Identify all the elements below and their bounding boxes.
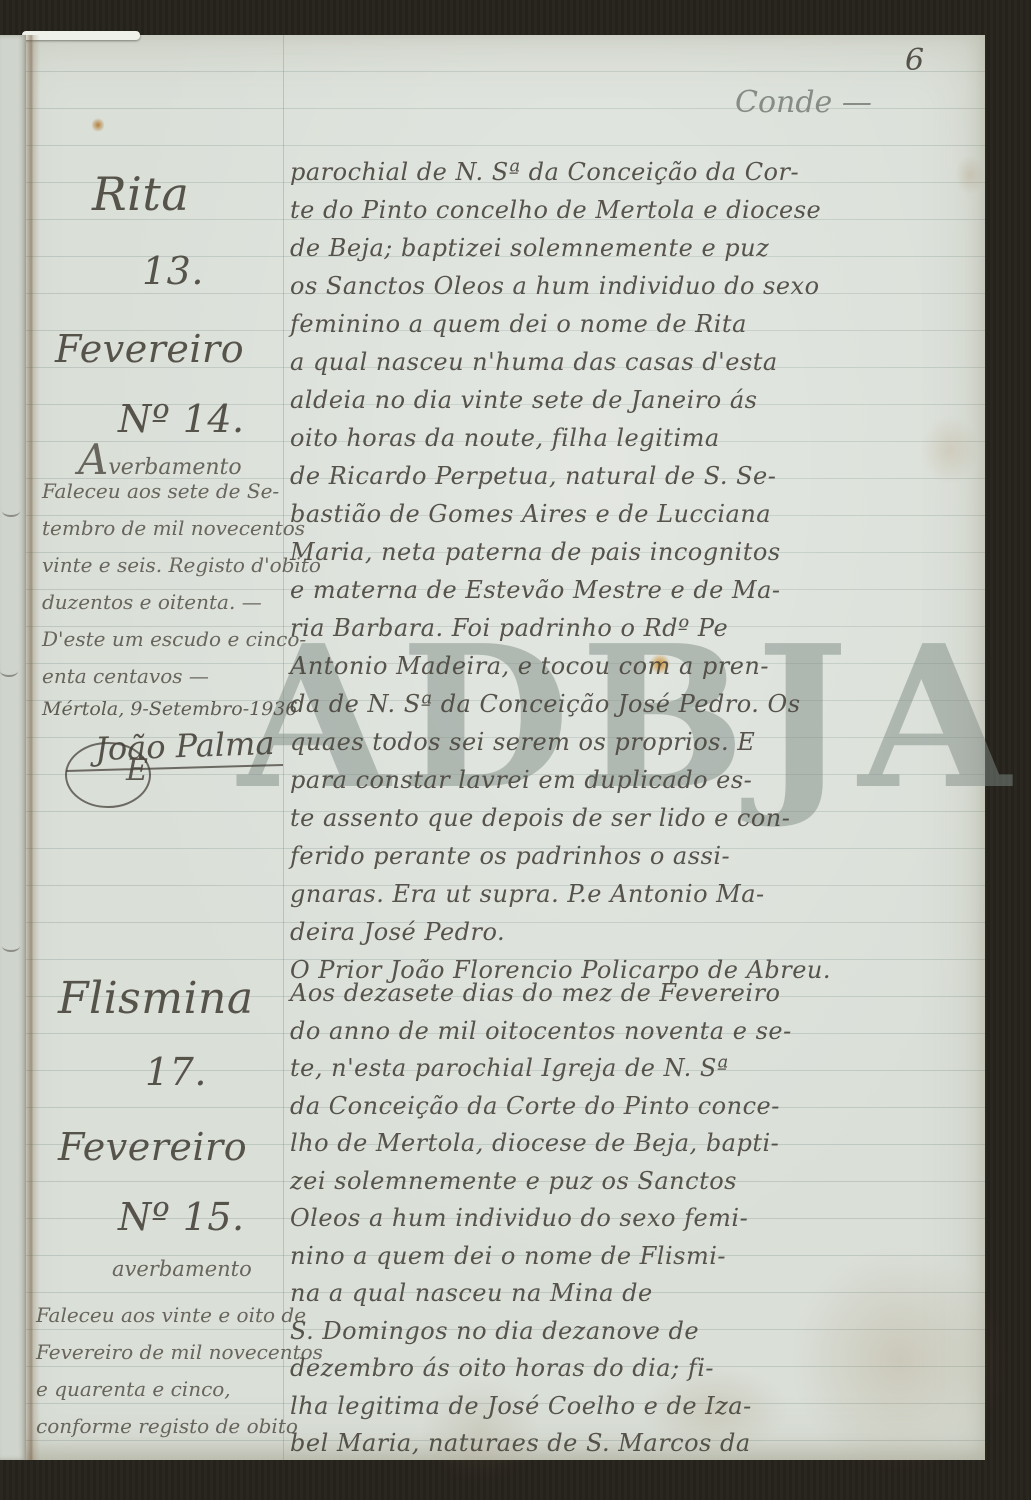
entry2-annotation-title: averbamento (112, 1257, 252, 1281)
stray-ink-mark (2, 505, 20, 517)
record-line: Aos dezasete dias do mez de Fevereiro (290, 975, 995, 1013)
record-line: os Sanctos Oleos a hum individuo do sexo (290, 267, 995, 305)
record-line: gnaras. Era ut supra. P.e Antonio Ma- (290, 875, 995, 913)
annotation-line: enta centavos — (42, 658, 321, 695)
entry2-record-text: Aos dezasete dias do mez de Fevereiro do… (290, 975, 995, 1463)
record-line: a qual nasceu n'huma das casas d'esta (290, 343, 995, 381)
record-line: dezembro ás oito horas do dia; fi- (290, 1350, 995, 1388)
entry2-margin-month: Fevereiro (58, 1125, 247, 1169)
record-line: S. Domingos no dia dezanove de (290, 1313, 995, 1351)
entry2-record-number: Nº 15. (118, 1195, 245, 1239)
record-line: de Ricardo Perpetua, natural de S. Se- (290, 457, 995, 495)
record-line: quaes todos sei serem os proprios. E (290, 723, 995, 761)
record-line: de Beja; baptizei solemnemente e puz (290, 229, 995, 267)
annotation-line: vinte e seis. Registo d'obito (42, 547, 321, 584)
stray-ink-mark (2, 940, 20, 952)
entry1-annotation-dateline: Mértola, 9-Setembro-1936 (42, 698, 297, 720)
pencil-note: Conde — (735, 85, 872, 120)
record-line: para constar lavrei em duplicado es- (290, 761, 995, 799)
entry1-margin-day: 13. (142, 249, 204, 293)
annotation-line: tembro de mil novecentos (42, 510, 321, 547)
page-number: 6 (905, 43, 925, 78)
record-line: te do Pinto concelho de Mertola e dioces… (290, 191, 995, 229)
entry1-margin-month: Fevereiro (55, 327, 244, 371)
record-line: lha legitima de José Coelho e de Iza- (290, 1388, 995, 1426)
entry2-annotation-text: Faleceu aos vinte e oito de Fevereiro de… (36, 1297, 323, 1445)
signature-flourish (48, 723, 288, 813)
record-line: bel Maria, naturaes de S. Marcos da (290, 1425, 995, 1463)
record-line: Antonio Madeira, e tocou com a pren- (290, 647, 995, 685)
record-line: Maria, neta paterna de pais incognitos (290, 533, 995, 571)
entry2-margin-name: Flismina (58, 973, 254, 1024)
foxing-stain (92, 117, 104, 133)
annotation-line: D'este um escudo e cinco- (42, 621, 321, 658)
record-line: lho de Mertola, diocese de Beja, bapti- (290, 1125, 995, 1163)
annotation-line: e quarenta e cinco, (36, 1371, 323, 1408)
entry1-margin-name: Rita (92, 167, 189, 221)
entry1-signature-initial: E (126, 753, 148, 788)
record-line: da Conceição da Corte do Pinto conce- (290, 1088, 995, 1126)
record-line: e materna de Estevão Mestre e de Ma- (290, 571, 995, 609)
entry1-record-text: parochial de N. Sª da Conceição da Cor- … (290, 153, 995, 989)
annotation-line: conforme registo de obito (36, 1408, 323, 1445)
record-line: na a qual nasceu na Mina de (290, 1275, 995, 1313)
entry1-annotation-text: Faleceu aos sete de Se- tembro de mil no… (42, 473, 321, 695)
annotation-line: Faleceu aos vinte e oito de (36, 1297, 323, 1334)
record-line: oito horas da noute, filha legitima (290, 419, 995, 457)
annotation-line: Faleceu aos sete de Se- (42, 473, 321, 510)
previous-page-edge (0, 35, 26, 1460)
record-line: aldeia no dia vinte sete de Janeiro ás (290, 381, 995, 419)
record-line: te assento que depois de ser lido e con- (290, 799, 995, 837)
record-line: te, n'esta parochial Igreja de N. Sª (290, 1050, 995, 1088)
record-line: do anno de mil oitocentos noventa e se- (290, 1013, 995, 1051)
record-line: feminino a quem dei o nome de Rita (290, 305, 995, 343)
record-line: ferido perante os padrinhos o assi- (290, 837, 995, 875)
record-line: parochial de N. Sª da Conceição da Cor- (290, 153, 995, 191)
record-line: zei solemnemente e puz os Sanctos (290, 1163, 995, 1201)
binding-crease (24, 35, 40, 1460)
annotation-line: duzentos e oitenta. — (42, 584, 321, 621)
record-line: nino a quem dei o nome de Flismi- (290, 1238, 995, 1276)
record-line: Oleos a hum individuo do sexo femi- (290, 1200, 995, 1238)
scan-background: { "colors": { "paper": "#dadfd8", "ink":… (0, 0, 1031, 1500)
record-line: da de N. Sª da Conceição José Pedro. Os (290, 685, 995, 723)
entry2-margin-day: 17. (145, 1050, 207, 1094)
annotation-line: Fevereiro de mil novecentos (36, 1334, 323, 1371)
record-line: ria Barbara. Foi padrinho o Rdº Pe (290, 609, 995, 647)
register-page: ADBJA 6 Conde — Rita 13. Fevereiro Nº 14… (0, 35, 985, 1460)
record-line: bastião de Gomes Aires e de Lucciana (290, 495, 995, 533)
record-line: deira José Pedro. (290, 913, 995, 951)
stray-ink-mark (0, 665, 18, 677)
